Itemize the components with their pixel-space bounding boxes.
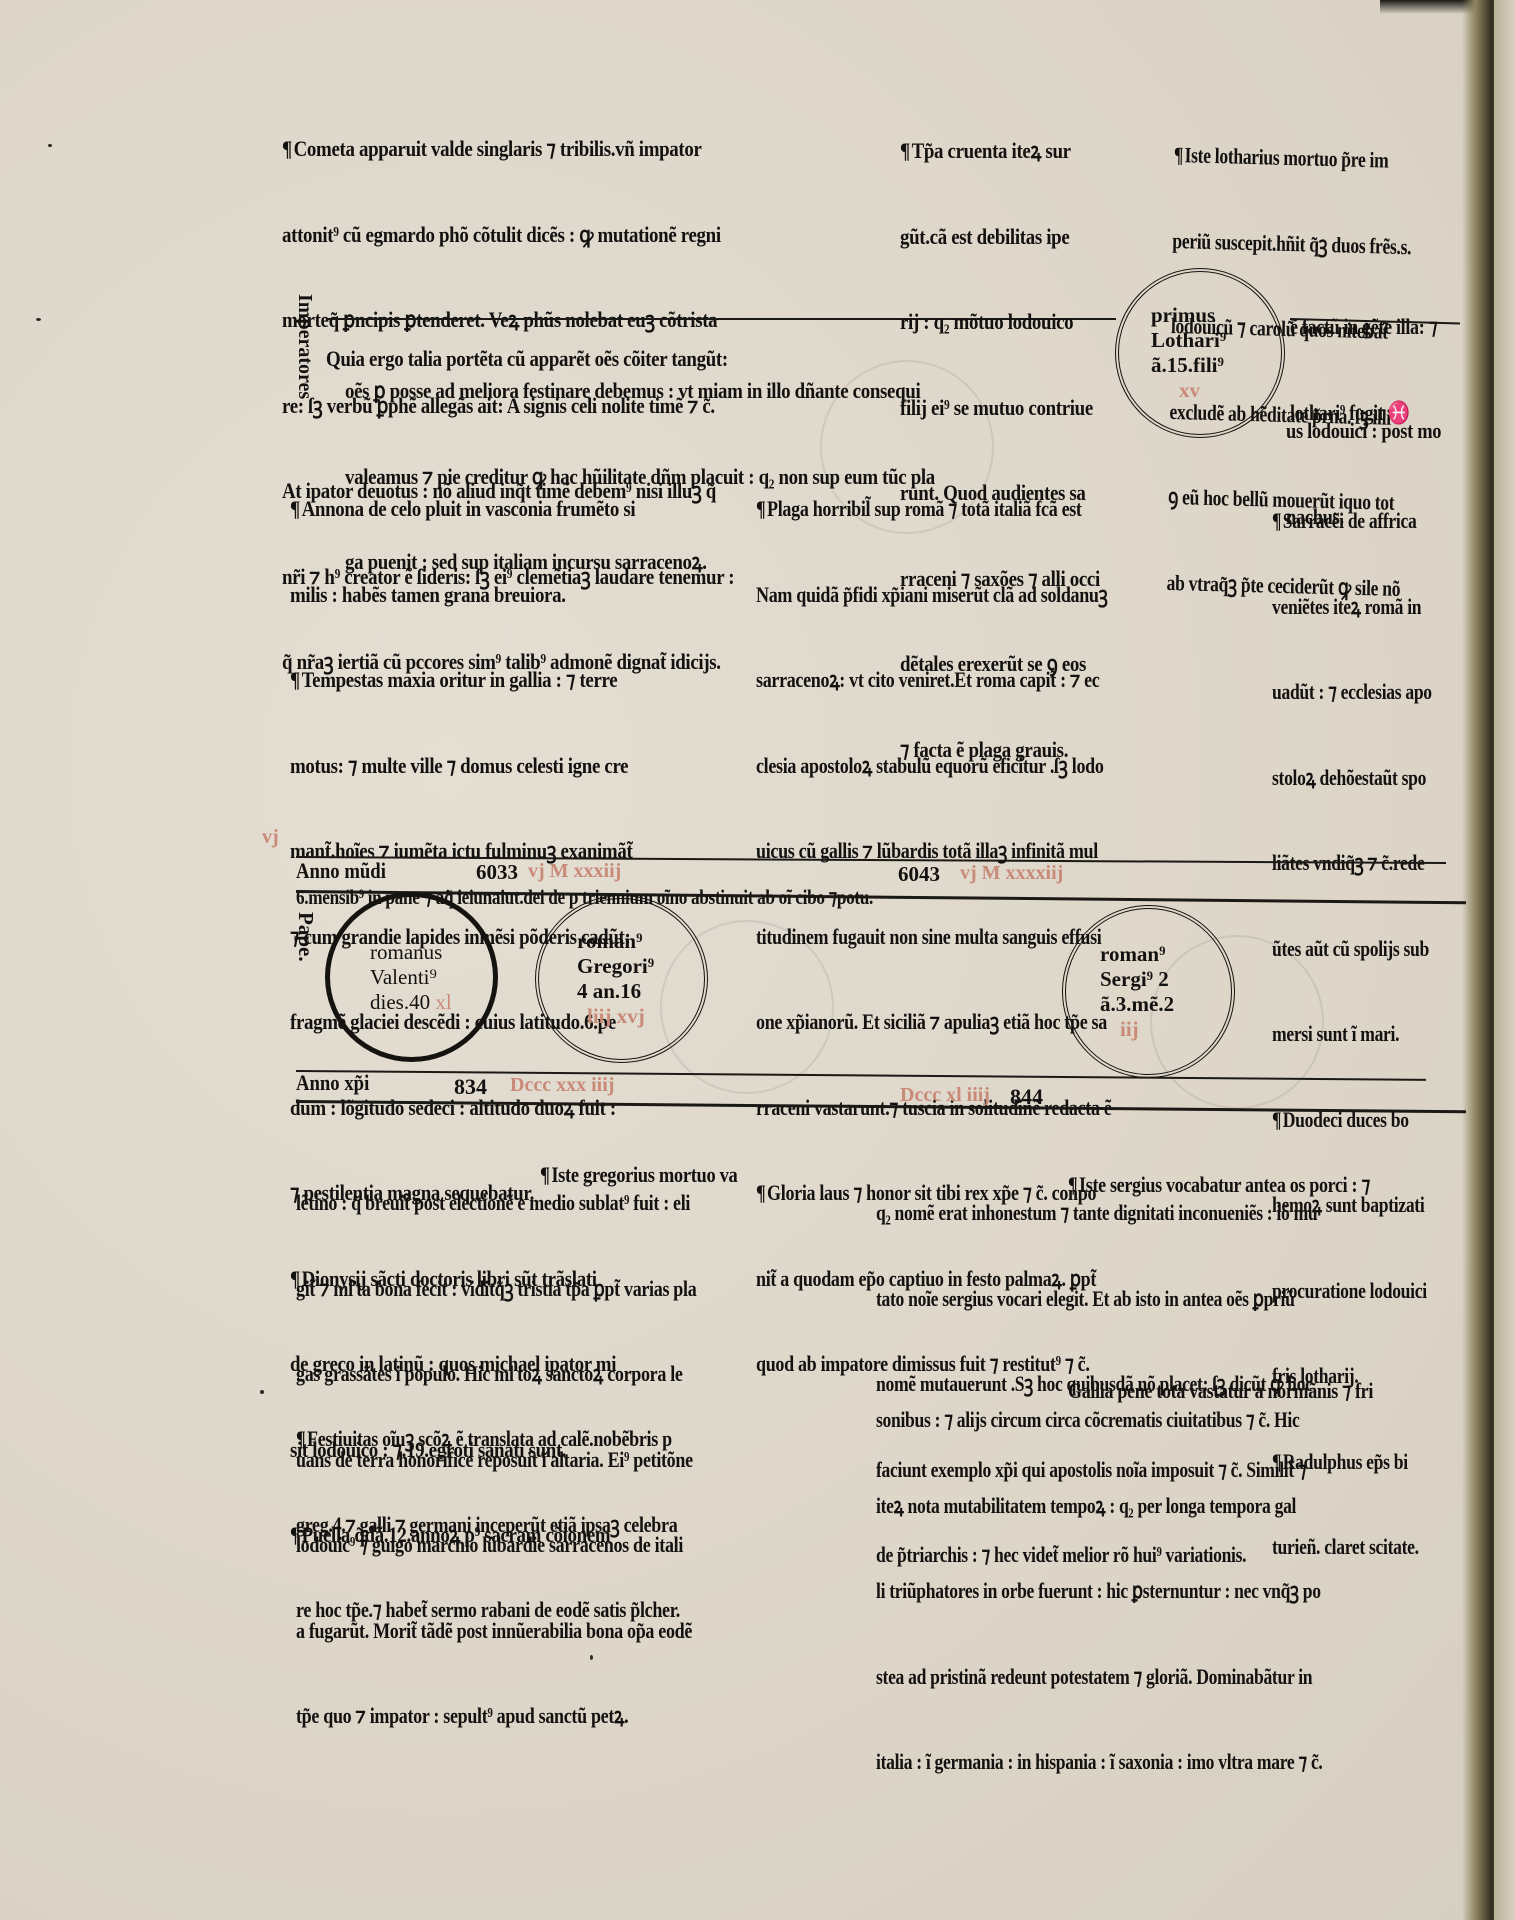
facing-page-border: [1492, 0, 1494, 1920]
paper-speck: [48, 144, 52, 147]
pope-roundel-sergius: roman⁹ Sergi⁹ 2 ã.3.mẽ.2 iij: [1062, 905, 1235, 1078]
gallia-paragraph: sonibus : ⁊ alijs circum circa cõcremati…: [876, 1349, 1323, 1805]
margin-label-imperatores: Imperatores: [293, 294, 316, 399]
anno-mundi-label: Anno mũdi: [296, 858, 386, 884]
anno-christi-label: Anno xp̃i: [296, 1070, 369, 1096]
paragraph-mark-icon: ¶: [1272, 508, 1281, 533]
anno-christi-roman: Dccc xxx iiij: [510, 1074, 614, 1097]
paragraph-mark-icon: ¶: [756, 1180, 765, 1205]
paper-speck: [590, 1655, 593, 1660]
anno-christi-roman: Dccc xl iiij: [900, 1084, 990, 1107]
anno-mundi-roman: vj M xxxxiij: [960, 862, 1063, 885]
paper-speck: [260, 1390, 264, 1394]
festiuitas-paragraph: ¶Festiuitas oĩuꝫ scõꝝ ẽ translata ad cal…: [296, 1368, 680, 1653]
anno-christi-year: 834: [454, 1074, 487, 1100]
pope-roundel-gregorius: roman⁹ Gregori⁹ 4 an.16 liij xvj: [535, 895, 708, 1063]
pope-roundel-valentinus: romanus Valenti⁹ dies.40 xl: [325, 892, 498, 1062]
red-margin-numeral: vj: [262, 826, 279, 849]
paragraph-mark-icon: ¶: [1174, 142, 1184, 167]
paragraph-mark-icon: ¶: [290, 496, 300, 521]
paper-speck: [36, 318, 41, 321]
paragraph-mark-icon: ¶: [290, 667, 300, 692]
anno-mundi-year: 6033: [476, 860, 518, 885]
paragraph-mark-icon: ¶: [296, 1426, 305, 1451]
anno-mundi-year: 6043: [898, 862, 940, 887]
paragraph-mark-icon: ¶: [756, 496, 765, 521]
popes-margin-label: Pape.: [293, 912, 318, 962]
anno-mundi-roman: vj M xxxiij: [528, 860, 621, 883]
facing-page-edge: [1492, 0, 1515, 1920]
lothar-roundel: primus Lothari⁹ ã.15.fili⁹ xv: [1115, 268, 1285, 438]
paragraph-mark-icon: ¶: [900, 138, 910, 163]
paragraph-mark-icon: ¶: [282, 136, 292, 161]
book-gutter: [1462, 0, 1492, 1920]
